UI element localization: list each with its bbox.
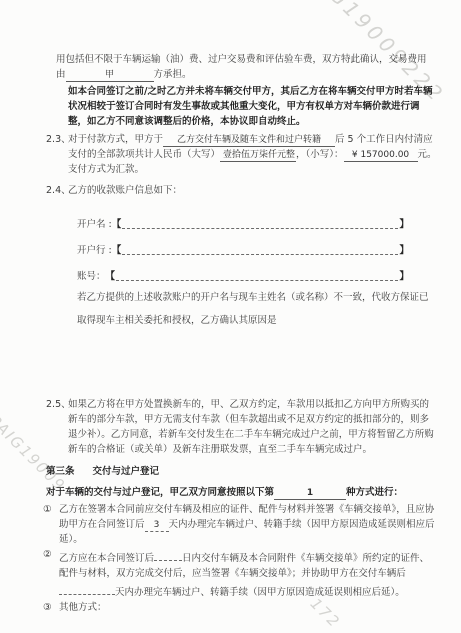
delivery-option-2: ② 乙方应在本合同签订后日内交付车辆及本合同附件《车辆交接单》所约定的证件、配件… (43, 547, 438, 600)
clause-2-3-seg4b: 支付方式为汇款。 (68, 164, 144, 175)
clause-2-5-trade-in: 2.5、 如果乙方将在甲方处置换新车的，甲、乙双方约定，车款用以抵扣乙方向甲方所… (46, 397, 438, 457)
fee-bearer-value: 甲 (102, 70, 117, 80)
account-bank-label-text: 开户行 : (77, 243, 112, 258)
account-name-label-text: 开户名 : (77, 217, 112, 232)
transfer-days-blank: 3 (145, 518, 169, 532)
clause-2-3-line2: 支付的全部款项共计人民币（大写）壹拾伍万柒仟元整，（小写）：¥ 157000.0… (68, 147, 438, 162)
delivery-days-blank (154, 547, 182, 561)
open-bracket: 【 (112, 217, 122, 232)
clause-2-2-carryover: 用包括但不限于车辆运输（油）费、过户交易费和评估验车费，双方特此确认，交易费用由… (56, 52, 438, 82)
close-bracket: 】 (399, 243, 409, 258)
method-number-blank: 1 (274, 486, 346, 500)
amount-in-words-blank: 壹拾伍万柒仟元整 (220, 148, 296, 162)
clause-2-4-text: 乙方的收款账户信息如下： (68, 185, 182, 196)
close-bracket: 】 (399, 269, 409, 284)
open-bracket: 【 (106, 269, 116, 284)
clause-2-3-seg4a: 元。 (418, 149, 437, 160)
option-2-seg1: 乙方应在本合同签订后 (59, 553, 154, 564)
clause-2-3-seg2b: 支付的全部款项共计人民币（大写） (68, 149, 220, 160)
price-adjust-bold-clause: 如本合同签订之前/之时乙方并未将车辆交付甲方，其后乙方在将车辆交付甲方时若车辆状… (68, 84, 438, 129)
section-3-heading: 第三条交付与过户登记 (46, 464, 438, 479)
clause-2-5-text: 如果乙方将在甲方处置换新车的，甲、乙双方约定，车款用以抵扣乙方向甲方所购买的新车… (68, 399, 434, 455)
account-bank-blank-line (122, 253, 398, 255)
option-3-number: ③ (43, 600, 52, 615)
account-name-row: 开户名 : 【 】 (77, 206, 409, 232)
delivery-option-3: ③ 其他方式： (43, 600, 438, 615)
amount-in-figures-value: ¥ 157000.00 (349, 150, 412, 160)
clause-2-5-number: 2.5、 (46, 397, 71, 412)
clause-2-3-line3: 支付方式为汇款。 (68, 162, 438, 177)
contract-body: 用包括但不限于车辆运输（油）费、过户交易费和评估验车费，双方特此确认，交易费用由… (46, 52, 438, 615)
section-3-intro-seg2: 种方式进行： (346, 487, 403, 498)
clause-2-3-line1: 对于付款方式，甲方于乙方交付车辆及随车文件和过户转籍后 5 个工作日内付清应 (68, 132, 438, 147)
section-3-intro: 对于车辆的交付与过户登记，甲乙双方同意按照以下第1种方式进行： (46, 485, 438, 500)
account-info-block: 开户名 : 【 】 开户行 : 【 】 账号： 【 】 (77, 206, 409, 284)
payment-condition-blank: 乙方交付车辆及随车文件和过户转籍 (163, 133, 335, 147)
clause-2-3-seg2a: 后 5 个工作日内付清应 (335, 134, 433, 145)
contract-page: G19009222 4 PAIG19009 172 用包括但不限于车辆运输（油）… (0, 0, 461, 633)
section-3-title: 交付与过户登记 (93, 466, 160, 477)
clause-2-4-number: 2.4、 (46, 183, 71, 198)
close-bracket: 】 (399, 217, 409, 232)
transfer-days-value: 3 (151, 520, 163, 530)
account-authorization-note: 若乙方提供的上述收款账户的开户名与现车主姓名（或名称）不一致，代收方保证已取得现… (77, 286, 433, 332)
clause-2-3-seg1: 对于付款方式，甲方于 (68, 134, 163, 145)
account-number-label-text: 账号： (77, 269, 106, 284)
carryover-post: 方承担。 (154, 69, 192, 80)
method-number-value: 1 (304, 488, 316, 498)
option-1-number: ① (43, 502, 52, 517)
carryover-line1: 用包括但不限于车辆运输（油）费、过户交易费和评估验车费，双方特此确认，交易费用 (56, 54, 427, 65)
option-3-text: 其他方式： (59, 602, 107, 613)
option-2-number: ② (43, 547, 52, 562)
fee-bearer-blank: 甲 (66, 68, 154, 82)
section-3-intro-seg1: 对于车辆的交付与过户登记，甲乙双方同意按照以下第 (46, 487, 274, 498)
clause-2-3-payment: 2.3、 对于付款方式，甲方于乙方交付车辆及随车文件和过户转籍后 5 个工作日内… (46, 132, 438, 177)
clause-2-4-account-heading: 2.4、 乙方的收款账户信息如下： (46, 183, 438, 198)
amount-in-figures-blank: ¥ 157000.00 (344, 148, 418, 162)
amount-in-words-value: 壹拾伍万柒仟元整 (220, 150, 298, 160)
delivery-option-1: ① 乙方在签署本合同前应交付车辆及相应的证件、配件与材料并签署《车辆交接单》，且… (43, 502, 438, 547)
account-number-blank-line (116, 279, 398, 281)
account-name-blank-line (122, 227, 398, 229)
payment-condition-value: 乙方交付车辆及随车文件和过户转籍 (174, 135, 324, 145)
open-bracket: 【 (112, 243, 122, 258)
transfer-days-blank-2 (59, 581, 115, 595)
clause-2-3-number: 2.3、 (46, 132, 71, 147)
account-number-row: 账号： 【 】 (77, 258, 409, 284)
option-2-seg3: 天内办理完车辆过户、转籍手续（因甲方原因造成延误则相应后延）。 (115, 587, 405, 598)
clause-2-3-seg3: ，（小写）： (296, 149, 344, 160)
carryover-pre: 由 (56, 69, 66, 80)
section-3-number: 第三条 (46, 466, 75, 477)
account-bank-row: 开户行 : 【 】 (77, 232, 409, 258)
